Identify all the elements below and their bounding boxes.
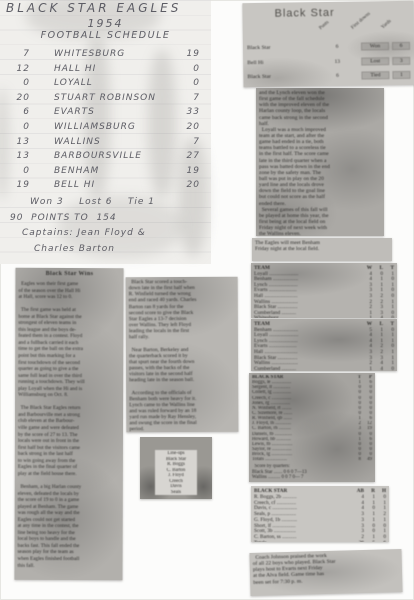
standings-row: Whitesburg .............140 [254, 315, 394, 318]
cell: EVARTS [54, 107, 166, 122]
cell: WALLINS [54, 137, 166, 152]
cell: 27 [166, 151, 206, 166]
game-result-row: 13BARBOURSVILLE27 [4, 151, 206, 166]
cell: Totals .................. [254, 540, 353, 542]
stats-rows: Black Star6Won6Bell Hi13Lost3Black Star6… [247, 39, 411, 85]
cell: 13 [329, 59, 345, 65]
cell: Lost [361, 57, 389, 65]
scoring-table: BLACK STARTPBoggs, le ................16… [249, 373, 375, 464]
footer-line: Wallins .......... 0 0 7 0— 7 [252, 475, 372, 480]
cell: 6 [392, 42, 410, 50]
diagonal-label: Punts [319, 20, 331, 31]
cell: 12 [4, 64, 30, 79]
clipping-stats-box: Black Star PuntsFirst downsYards Black S… [242, 1, 414, 87]
game-result-row: 12HALL HI0 [4, 64, 206, 79]
stats-diagonal-labels: PuntsFirst downsYards [315, 1, 411, 36]
clipping-short-note: The Eagles will meet BenhamFriday night … [252, 238, 392, 261]
story-text: Coach Johnson praised the workof all 22 … [249, 549, 402, 588]
cell: 8 [350, 457, 361, 462]
cell: Tied [361, 71, 389, 79]
cell: HALL HI [54, 64, 166, 79]
scoring-row: Totals ..................849 [252, 457, 372, 462]
summary-line: Won 3 Lost 6 Tie 1 [8, 197, 206, 213]
cell: 0 [4, 122, 30, 137]
text-line: period. [129, 426, 235, 432]
cell: 13 [4, 137, 30, 152]
cell: 0 [383, 315, 394, 318]
cell: 7 [4, 49, 30, 64]
score-by-quarters: Score by quarters:Black Star ....... 0 6… [249, 464, 375, 480]
season-summary: Won 3 Lost 6 Tie 190 POINTS TO 154Captai… [8, 197, 206, 259]
cell: Black Star [247, 73, 329, 80]
story-text: Eagles won their first gameof the season… [14, 279, 123, 571]
standings-table: TEAMWLTLoyall ......................401B… [251, 263, 397, 318]
story-text: Black Star scored a touch-down late in t… [126, 277, 239, 433]
cell: 1 [361, 366, 372, 371]
text-line: this fall. [17, 562, 119, 569]
text-line: the Wallins eleven. [259, 231, 381, 236]
cell: Bell Hi [247, 59, 329, 66]
cell: 33 [166, 107, 206, 122]
lineup-line: Seals [155, 490, 197, 496]
clipping-standings-early: TEAMWLTLoyall ......................401B… [251, 263, 397, 318]
cell: 19 [4, 180, 30, 195]
game-result-row: 0LOYALL0 [4, 78, 206, 93]
game-result-row: 13WALLINS7 [4, 137, 206, 152]
clipping-headline: Black Star Wins [16, 268, 124, 279]
cell: BELL HI [54, 180, 166, 195]
boxscore-row: Totals ..................2656 [254, 540, 386, 542]
clipping-box-score: BLACK STARABRHR. Boggs, 2b ...........41… [251, 486, 389, 542]
diagonal-label: Yards [381, 19, 393, 30]
story-text: The Eagles will meet BenhamFriday night … [252, 238, 392, 254]
schedule-year: 1954 [0, 17, 211, 30]
cell: 7 [166, 137, 206, 152]
cell: 49 [361, 457, 372, 462]
game-result-row: 0BENHAM19 [4, 166, 206, 181]
cell: 0 [4, 166, 30, 181]
cell: Whitesburg ............. [254, 315, 361, 318]
clipping-scoring-table: BLACK STARTPBoggs, le ................16… [249, 373, 375, 482]
cell: BARBOURSVILLE [54, 151, 166, 166]
cell: WILLIAMSBURG [54, 122, 166, 137]
clipping-season-story: Black Star Wins Eagles won their first g… [14, 268, 123, 580]
cell: 0 [166, 78, 206, 93]
game-result-row: 20STUART ROBINSON7 [4, 93, 206, 108]
standings-table: TEAMWLTBenham ...................510Loya… [251, 319, 397, 371]
cell: BENHAM [54, 166, 166, 181]
cell: 20 [166, 122, 206, 137]
cell: 26 [353, 540, 364, 542]
cell: 6 [329, 44, 345, 50]
cell: 4 [372, 315, 383, 318]
cell: 1 [392, 71, 410, 79]
cell: LOYALL [54, 78, 166, 93]
stats-row: Black Star6Tied1 [247, 68, 410, 85]
game-result-row: 0WILLIAMSBURG20 [4, 122, 206, 137]
game-results-list: 7WHITESBURG1912HALL HI00LOYALL020STUART … [4, 49, 206, 195]
handwritten-schedule-sheet: BLACK STAR EAGLES 1954 FOOTBALL SCHEDULE… [0, 0, 211, 264]
clipping-coach-note: Coach Johnson praised the workof all 22 … [249, 549, 402, 596]
lineup-box: Line-upsBlack StarR. BoggsC. BartonJ. Fl… [155, 450, 197, 495]
summary-line: Captains: Jean Floyd & [8, 228, 206, 244]
cell: 1 [361, 315, 372, 318]
cell: Cumberland ........... [254, 366, 361, 371]
cell: 6 [329, 73, 345, 79]
standings-row: Cumberland ...........140 [254, 366, 394, 371]
cell: 6 [375, 540, 386, 542]
cell: 3 [392, 57, 410, 65]
clipping-game-recap: and the Lynch eleven won thefirst game o… [256, 88, 384, 236]
cell: 20 [166, 180, 206, 195]
text-line: Friday night at the local field. [255, 246, 389, 252]
game-result-row: 19BELL HI20 [4, 180, 206, 195]
summary-line: Charles Barton [8, 244, 206, 260]
scrapbook-page: BLACK STAR EAGLES 1954 FOOTBALL SCHEDULE… [0, 0, 414, 600]
cell: 0 [4, 78, 30, 93]
cell: 4 [372, 366, 383, 371]
cell: Won [361, 42, 389, 50]
cell: Black Star [247, 44, 329, 51]
story-text: and the Lynch eleven won thefirst game o… [256, 88, 384, 236]
game-result-row: 6EVARTS33 [4, 107, 206, 122]
cell: Totals .................. [252, 457, 350, 462]
cell: 19 [166, 166, 206, 181]
game-result-row: 7WHITESBURG19 [4, 49, 206, 64]
box-score-table: BLACK STARABRHR. Boggs, 2b ...........41… [251, 486, 389, 542]
cell: WHITESBURG [54, 49, 166, 64]
cell: 0 [383, 366, 394, 371]
schedule-title: BLACK STAR EAGLES [6, 1, 208, 15]
cell: 13 [4, 151, 30, 166]
clipping-lineup: Line-upsBlack StarR. BoggsC. BartonJ. Fl… [140, 437, 212, 499]
clipping-wallins-story: Black Star scored a touch-down late in t… [126, 277, 239, 433]
schedule-subtitle: FOOTBALL SCHEDULE [2, 30, 209, 41]
diagonal-label: First downs [351, 12, 372, 31]
cell: 20 [4, 93, 30, 108]
summary-line: 90 POINTS TO 154 [8, 213, 206, 229]
cell: 6 [4, 107, 30, 122]
cell: STUART ROBINSON [54, 93, 166, 108]
cell: 19 [166, 49, 206, 64]
cell: 0 [166, 64, 206, 79]
cell: 7 [166, 93, 206, 108]
clipping-standings-late: TEAMWLTBenham ...................510Loya… [251, 319, 397, 371]
cell: 5 [364, 540, 375, 542]
